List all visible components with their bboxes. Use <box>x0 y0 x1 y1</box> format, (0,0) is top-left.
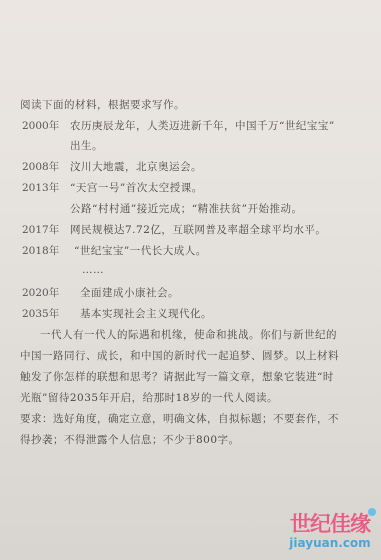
year-2035: 2035年 <box>22 306 59 321</box>
requirement-line-1: 要求：选好角度，确定立意，明确文体，自拟标题；不要套作，不 <box>20 411 339 426</box>
intro-text: 阅读下面的材料，根据要求写作。 <box>20 97 185 112</box>
logo-chinese-text: 世纪佳缘 <box>282 512 378 536</box>
prompt-line-3: 触发了你怎样的联想和思考？请据此写一篇文章，想象它装进“时 <box>20 369 334 384</box>
year-2018: 2018年 <box>22 243 59 258</box>
event-2020: 全面建成小康社会。 <box>80 285 179 300</box>
requirement-line-2: 得抄袭；不得泄露个人信息；不少于800字。 <box>20 432 240 447</box>
logo-english-text: jiayuan.com <box>282 536 378 550</box>
year-2017: 2017年 <box>22 222 59 237</box>
year-2000: 2000年 <box>22 118 59 133</box>
event-2008: 汶川大地震，北京奥运会。 <box>70 159 202 174</box>
ellipsis: …… <box>82 264 104 276</box>
prompt-line-4: 光瓶”留待2035年开启，给那时18岁的一代人阅读。 <box>20 390 278 405</box>
exam-page: 阅读下面的材料，根据要求写作。 2000年 农历庚辰龙年，人类迈进新千年，中国千… <box>0 0 381 560</box>
prompt-line-2: 中国一路同行、成长，和中国的新时代一起追梦、圆梦。以上材料 <box>20 348 339 363</box>
event-2018: “世纪宝宝”一代长大成人。 <box>74 243 207 258</box>
event-2000-line2: 出生。 <box>70 138 103 153</box>
event-2035: 基本实现社会主义现代化。 <box>80 306 212 321</box>
year-2008: 2008年 <box>22 159 59 174</box>
event-2013-line1: “天宫一号”首次太空授课。 <box>70 180 203 195</box>
event-2013-line2: 公路“村村通”接近完成；“精准扶贫”开始推动。 <box>70 201 302 216</box>
event-2000-line1: 农历庚辰龙年，人类迈进新千年，中国千万“世纪宝宝” <box>70 118 335 133</box>
year-2020: 2020年 <box>22 285 59 300</box>
logo-decoration-icon <box>368 508 376 516</box>
jiayuan-watermark-logo: 世纪佳缘 jiayuan.com <box>282 512 378 556</box>
year-2013: 2013年 <box>22 180 59 195</box>
event-2017: 网民规模达7.72亿，互联网普及率超全球平均水平。 <box>70 222 326 237</box>
prompt-line-1: 一代人有一代人的际遇和机缘，使命和挑战。你们与新世纪的 <box>40 327 337 342</box>
